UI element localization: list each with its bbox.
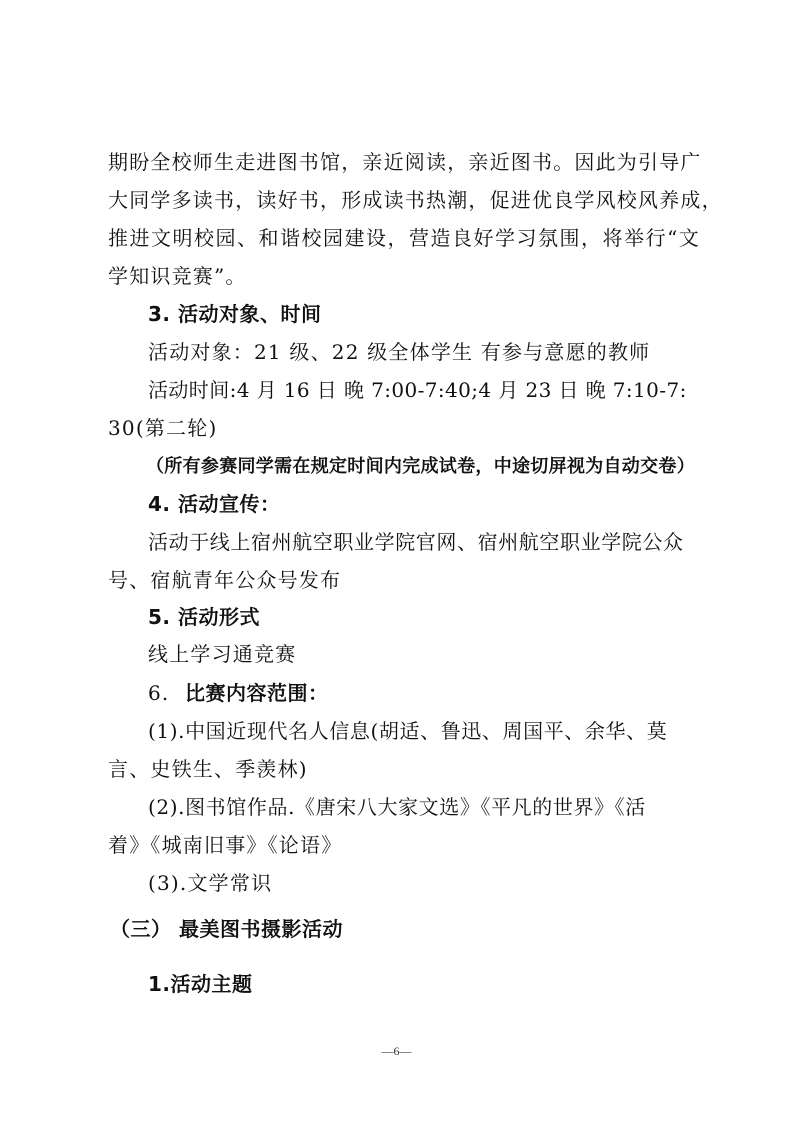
section3-target: 活动对象：21 级、22 级全体学生 有参与意愿的教师 xyxy=(148,340,650,364)
section6-item1-line1: (1).中国近现代名人信息(胡适、鲁迅、周国平、余华、莫 xyxy=(148,719,667,743)
section4-line2: 号、宿航青年公众号发布 xyxy=(108,568,341,592)
page-number: —6— xyxy=(0,1044,793,1059)
part3-sub-heading: 1.活动主题 xyxy=(148,972,253,996)
section3-time-line1: 活动时间:4 月 16 日 晚 7:00-7:40;4 月 23 日 晚 7:1… xyxy=(148,378,687,402)
section5-line1: 线上学习通竞赛 xyxy=(148,642,296,666)
section5-heading: 5. 活动形式 xyxy=(148,605,260,629)
section6-item3: (3).文学常识 xyxy=(148,871,272,895)
intro-line-3: 推进文明校园、和谐校园建设，营造良好学习氛围，将举行“文 xyxy=(108,226,700,250)
section6-item2-line1: (2).图书馆作品.《唐宋八大家文选》《平凡的世界》《活 xyxy=(148,795,646,819)
section6-item2-line2: 着》《城南旧事》《论语》 xyxy=(108,833,342,857)
section4-heading: 4. 活动宣传： xyxy=(148,492,280,516)
section4-line1: 活动于线上宿州航空职业学院官网、宿州航空职业学院公众 xyxy=(148,530,684,554)
section6-item1-line2: 言、史铁生、季羡林) xyxy=(108,757,308,781)
intro-line-2: 大同学多读书，读好书，形成读书热潮，促进优良学风校风养成， xyxy=(108,188,700,212)
part3-heading: （三） 最美图书摄影活动 xyxy=(110,917,343,941)
intro-line-4: 学知识竞赛”。 xyxy=(108,264,247,288)
section3-time-line2: 30(第二轮) xyxy=(108,416,217,440)
section3-note: （所有参赛同学需在规定时间内完成试卷，中途切屏视为自动交卷） xyxy=(146,455,695,479)
section3-heading: 3. 活动对象、时间 xyxy=(148,302,321,326)
section6-heading-text: 比赛内容范围： xyxy=(185,681,329,705)
section6-heading: 6. 比赛内容范围： xyxy=(148,681,329,705)
section6-heading-number: 6. xyxy=(148,681,169,705)
intro-line-1: 期盼全校师生走进图书馆，亲近阅读，亲近图书。因此为引导广 xyxy=(108,150,700,174)
